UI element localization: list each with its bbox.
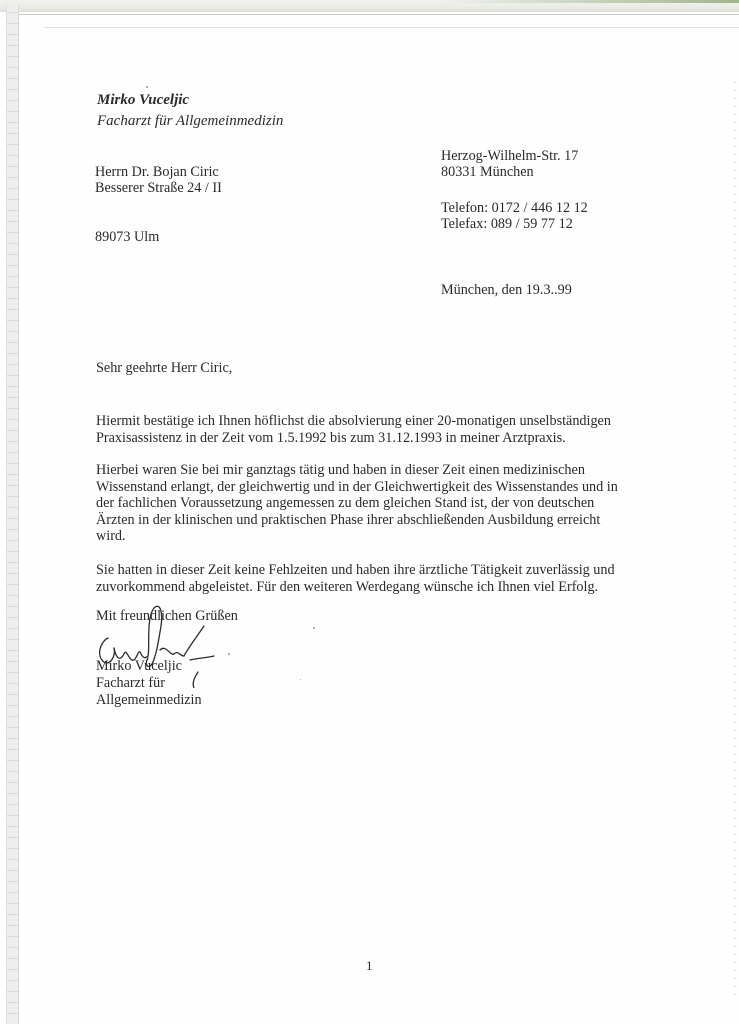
paragraph-2: Hierbei waren Sie bei mir ganztags tätig… <box>96 462 618 545</box>
signer-title-line-2: Allgemeinmedizin <box>96 692 202 709</box>
recipient-city: 89073 Ulm <box>95 229 159 245</box>
paragraph-line: Hierbei waren Sie bei mir ganztags tätig… <box>96 462 618 479</box>
signer-title-line-1: Facharzt für <box>96 675 202 692</box>
closing: Mit freundlichen Grüßen <box>96 608 238 624</box>
sender-street: Herzog-Wilhelm-Str. 17 <box>441 148 578 164</box>
sender-name: Mirko Vuceljic <box>97 92 189 108</box>
scan-speck <box>300 679 301 680</box>
sender-title: Facharzt für Allgemeinmedizin <box>97 113 283 129</box>
paragraph-line: Wissenstand erlangt, der gleichwertig un… <box>96 479 618 496</box>
paragraph-line: zuvorkommend abgeleistet. Für den weiter… <box>96 579 615 596</box>
scan-top-tint <box>439 0 739 3</box>
sender-fax: Telefax: 089 / 59 77 12 <box>441 216 588 232</box>
salutation: Sehr geehrte Herr Ciric, <box>96 360 232 376</box>
page-top-rule <box>44 27 739 28</box>
paragraph-1: Hiermit bestätige ich Ihnen höflichst di… <box>96 413 611 446</box>
signer-name: Mirko Vuceljic <box>96 658 202 675</box>
page-right-edge <box>734 75 736 995</box>
page-number: 1 <box>366 958 373 974</box>
sender-address: Herzog-Wilhelm-Str. 17 80331 München <box>441 148 578 180</box>
paragraph-line: Hiermit bestätige ich Ihnen höflichst di… <box>96 413 611 430</box>
paragraph-line: Praxisassistenz in der Zeit vom 1.5.1992… <box>96 430 611 447</box>
paragraph-3: Sie hatten in dieser Zeit keine Fehlzeit… <box>96 562 615 595</box>
scan-speck <box>228 653 230 655</box>
date-line: München, den 19.3..99 <box>441 282 572 298</box>
recipient-street: Besserer Straße 24 / II <box>95 180 222 196</box>
sender-contact: Telefon: 0172 / 446 12 12 Telefax: 089 /… <box>441 200 588 232</box>
scan-speck <box>146 86 148 88</box>
signature-block: Mirko Vuceljic Facharzt für Allgemeinmed… <box>96 658 202 709</box>
sender-city: 80331 München <box>441 164 578 180</box>
paragraph-line: der fachlichen Voraussetzung angemessen … <box>96 495 618 512</box>
paragraph-line: Sie hatten in dieser Zeit keine Fehlzeit… <box>96 562 615 579</box>
paragraph-line: wird. <box>96 528 618 545</box>
sender-phone: Telefon: 0172 / 446 12 12 <box>441 200 588 216</box>
scan-speck <box>313 627 315 629</box>
paragraph-line: Ärzten in der klinischen und praktischen… <box>96 512 618 529</box>
recipient-name: Herrn Dr. Bojan Ciric <box>95 164 222 180</box>
recipient-address: Herrn Dr. Bojan Ciric Besserer Straße 24… <box>95 164 222 196</box>
